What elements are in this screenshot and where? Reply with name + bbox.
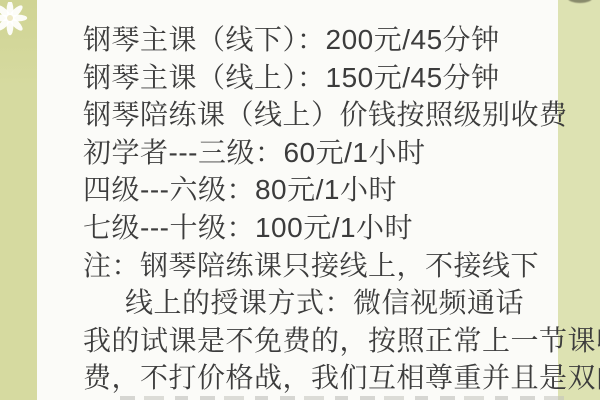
notice-content: 钢琴主课（线下）：200元/45分钟 钢琴主课（线上）：150元/45分钟 钢琴… xyxy=(37,0,558,400)
line-piano-main-online: 钢琴主课（线上）：150元/45分钟 xyxy=(83,59,558,97)
line-accompaniment-intro: 钢琴陪练课（线上）价钱按照级别收费 xyxy=(83,96,558,134)
line-beginner-level3-price: 初学者---三级：60元/1小时 xyxy=(83,134,558,172)
cutoff-text-remnant xyxy=(120,396,572,400)
pricing-notice-image: 钢琴主课（线下）：200元/45分钟 钢琴主课（线上）：150元/45分钟 钢琴… xyxy=(0,0,600,400)
line-level7-10-price: 七级---十级：100元/1小时 xyxy=(83,209,558,247)
line-trial-policy-2: 费，不打价格战，我们互相尊重并且是双向 xyxy=(83,359,558,397)
line-trial-policy-1: 我的试课是不免费的，按照正常上一节课收 xyxy=(83,322,558,360)
leaf-fragment-icon xyxy=(568,0,592,3)
line-level4-6-price: 四级---六级：80元/1小时 xyxy=(83,171,558,209)
left-border-strip xyxy=(0,0,37,400)
line-teaching-method: 线上的授课方式：微信视频通话 xyxy=(83,284,558,322)
flower-icon xyxy=(0,2,37,44)
line-piano-main-offline: 钢琴主课（线下）：200元/45分钟 xyxy=(83,21,558,59)
line-note-online-only: 注：钢琴陪练课只接线上，不接线下 xyxy=(83,247,558,285)
